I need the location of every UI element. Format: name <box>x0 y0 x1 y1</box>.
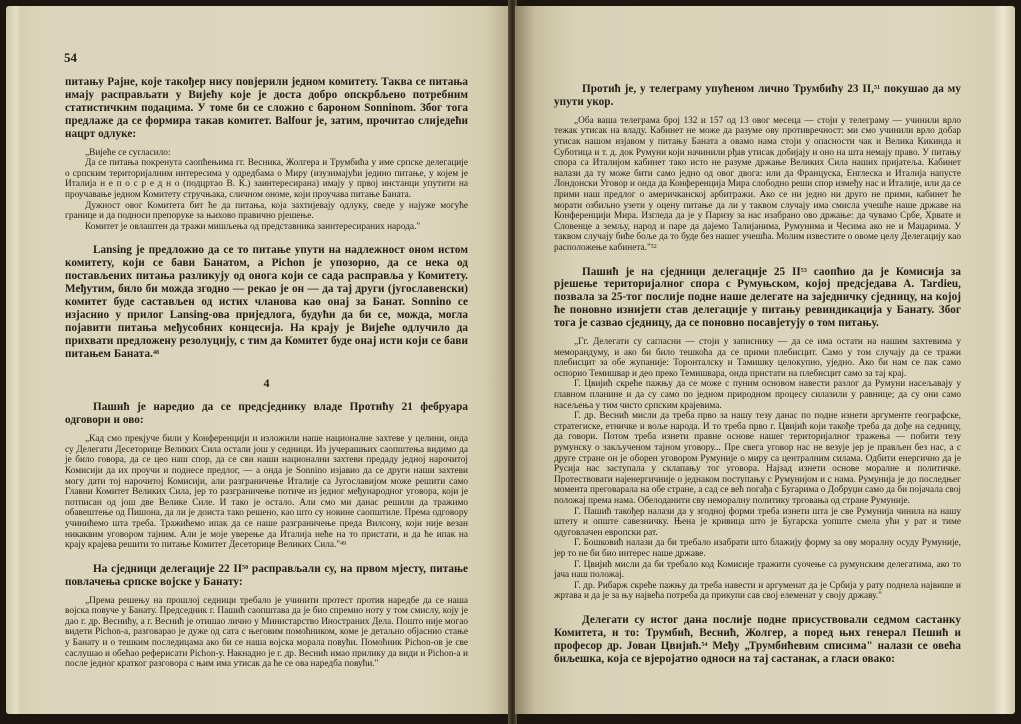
section-number: 4 <box>65 376 468 391</box>
block-quote: „Гг. Делегати су сагласни — стоји у запи… <box>554 337 961 602</box>
paragraph: Протић је, у телеграму упућеном лично Тр… <box>554 83 961 109</box>
right-text-column: Протић је, у телеграму упућеном лично Тр… <box>554 76 961 666</box>
quote-line: „Гг. Делегати су сагласни — стоји у запи… <box>554 337 961 379</box>
footnote-ref: 50 <box>242 565 248 571</box>
footnote-ref: 48 <box>153 350 159 356</box>
footnote-ref: 49 <box>340 541 346 547</box>
left-text-column: питању Рајне, које такођер нису повјерил… <box>65 76 468 670</box>
paragraph: Пашић је на сједници делегације 25 II53 … <box>554 266 961 331</box>
quote-line: Г. Цвијић мисли да би требало код Комиси… <box>554 560 961 581</box>
book-spread: 54 питању Рајне, које такођер нису повје… <box>0 0 1021 724</box>
right-page: 55 Протић је, у телеграму упућеном лично… <box>515 6 1015 714</box>
page-number: 54 <box>64 50 77 66</box>
paragraph: На сједници делегације 22 II50 расправља… <box>65 563 468 589</box>
footnote-ref: 52 <box>651 244 657 250</box>
quote-line: „Вијеће се сугласило: <box>65 148 468 159</box>
footnote-ref: 51 <box>874 85 880 91</box>
footnote-ref: 54 <box>702 642 708 648</box>
quote-line: Дужност овог Комитета бит ће да питања, … <box>65 201 468 222</box>
block-quote: „Кад смо прекјуче били у Конференцији и … <box>65 434 468 551</box>
paragraph: Пашић је наредио да се предсједнику влад… <box>65 401 468 427</box>
block-quote: „Вијеће се сугласило: Да се питања покре… <box>65 148 468 233</box>
paragraph: Lansing је предложио да се то питање упу… <box>65 244 468 360</box>
quote-line: Г. Бошковић налази да би требало изабрат… <box>554 538 961 559</box>
block-quote: „Према решењу на прошлој седници требало… <box>65 596 468 670</box>
left-page: 54 питању Рајне, које такођер нису повје… <box>6 6 510 714</box>
paragraph: Делегати су истог дана послије подне при… <box>554 614 961 666</box>
quote-line: Г. др. Веснић мисли да треба прво за наш… <box>554 411 961 506</box>
block-quote: „Оба ваша телеграма број 132 и 157 од 13… <box>554 116 961 254</box>
quote-line: Да се питања покренута саопћењима гг. Ве… <box>65 158 468 200</box>
quote-line: Г. Цвијић скреће пажњу да се може с пуни… <box>554 379 961 411</box>
footnote-ref: 53 <box>801 268 807 274</box>
paragraph: питању Рајне, које такођер нису повјерил… <box>65 76 468 141</box>
quote-line: Г. др. Рибарж скреће пажњу да треба наве… <box>554 581 961 602</box>
quote-line: Комитет је овлаштен да тражи мишљења од … <box>65 222 468 233</box>
quote-line: Г. Пашић такођер налази да у згодној фор… <box>554 507 961 539</box>
